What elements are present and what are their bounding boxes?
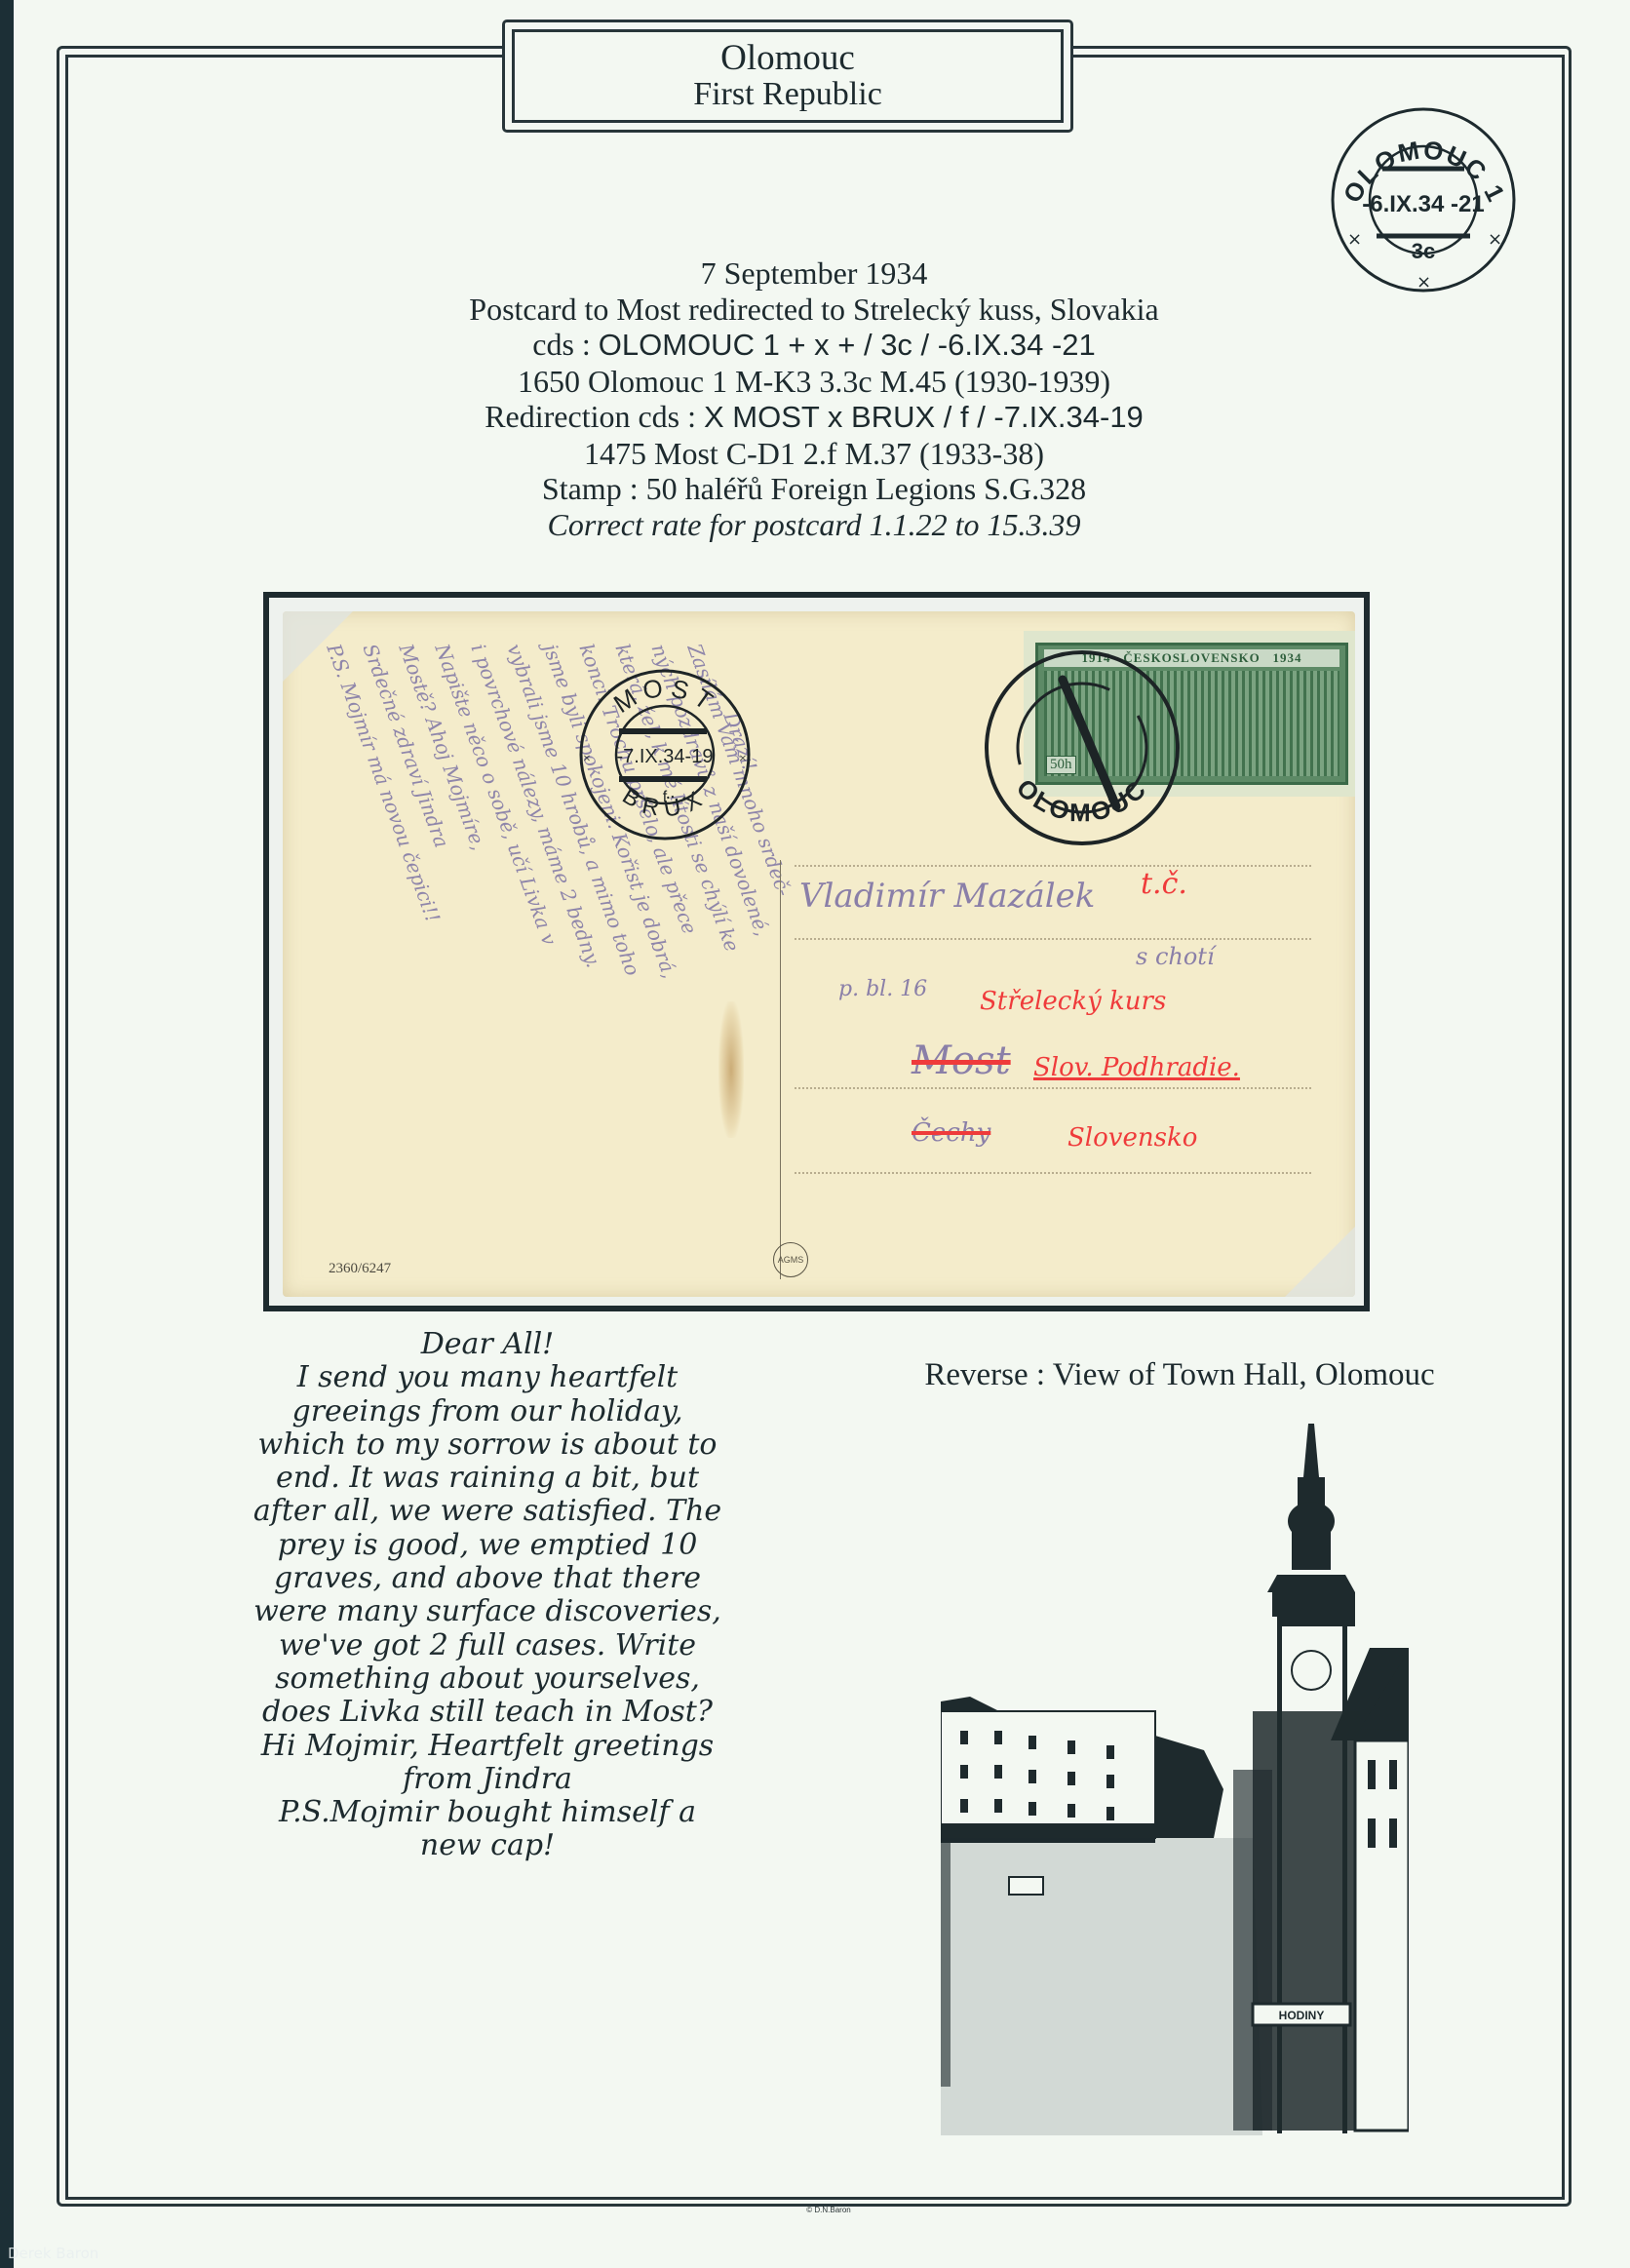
description-stamp: Stamp : 50 haléřů Foreign Legions S.G.32…: [292, 471, 1336, 507]
card-catalogue-number: 2360/6247: [329, 1261, 391, 1277]
description-date: 7 September 1934: [292, 255, 1336, 292]
copyright-notice: © D.N.Baron: [682, 2206, 975, 2214]
message-translation: Dear All!I send you many heartfeltgreein…: [195, 1328, 780, 1863]
redirect-city: Slov. Podhradie.: [1033, 1053, 1240, 1082]
cds-date-text: -6.IX.34 -21: [1362, 191, 1484, 217]
shop-sign-text: HODINY: [1279, 2009, 1325, 2022]
svg-text:×: ×: [583, 752, 591, 766]
cds-cross-icon: ×: [1417, 272, 1431, 293]
translation-line: we've got 2 full cases. Write: [195, 1629, 780, 1662]
redirect-country: Slovensko: [1067, 1123, 1197, 1153]
description-redirection-cds: Redirection cds : X MOST x BRUX / f / -7…: [292, 399, 1336, 436]
description-summary: Postcard to Most redirected to Strelecký…: [292, 292, 1336, 328]
foxing-stain: [718, 1001, 744, 1138]
svg-text:-7.IX.34-19: -7.IX.34-19: [617, 746, 714, 767]
item-description: 7 September 1934 Postcard to Most redire…: [292, 255, 1336, 542]
svg-text:×: ×: [739, 752, 747, 766]
scan-edge-strip: [0, 0, 14, 2268]
translation-line: prey is good, we emptied 10: [195, 1529, 780, 1562]
translation-line: I send you many heartfelt: [195, 1361, 780, 1394]
translation-line: new cap!: [195, 1829, 780, 1862]
address-line: [795, 865, 1311, 867]
translation-line: Hi Mojmir, Heartfelt greetings: [195, 1730, 780, 1763]
olomouc-cds-illustration: OLOMOUC 1 -6.IX.34 -21 3c × × ×: [1326, 102, 1521, 297]
cds-cross-icon: ×: [1347, 229, 1362, 250]
scanner-watermark: Derek Baron: [8, 2245, 98, 2262]
addressee-name: Vladimír Mazálek: [799, 877, 1095, 916]
translation-line: P.S.Mojmir bought himself a: [195, 1796, 780, 1829]
address-line: [795, 1087, 1311, 1089]
address-line: [795, 1172, 1311, 1174]
address-extra: s chotí: [1136, 943, 1215, 970]
description-cds: cds : OLOMOUC 1 + x + / 3c / -6.IX.34 -2…: [292, 327, 1336, 364]
publisher-logo-icon: AGMS: [773, 1242, 808, 1277]
address-line: [795, 938, 1311, 940]
reverse-caption: Reverse : View of Town Hall, Olomouc: [848, 1357, 1511, 1393]
translation-line: graves, and above that there: [195, 1562, 780, 1595]
translation-line: after all, we were satisfied. The: [195, 1495, 780, 1528]
struck-city: Most: [912, 1038, 1011, 1083]
postcard-front: Drazí!Zasílám Vám mnoho srdeč-ných pozdr…: [283, 611, 1355, 1297]
title-box: Olomouc First Republic: [502, 20, 1073, 133]
translation-line: does Livka still teach in Most?: [195, 1696, 780, 1729]
translation-line: from Jindra: [195, 1763, 780, 1796]
description-redirection-catalogue: 1475 Most C-D1 2.f M.37 (1933-38): [292, 436, 1336, 472]
postcard-mount: Drazí!Zasílám Vám mnoho srdeč-ných pozdr…: [263, 592, 1370, 1311]
struck-country: Čechy: [912, 1118, 990, 1148]
cds-cross-icon: ×: [1488, 229, 1502, 250]
page-subtitle: First Republic: [693, 77, 882, 112]
description-rate-note: Correct rate for postcard 1.1.22 to 15.3…: [292, 507, 1336, 543]
olomouc-postmark: OLOMOUC: [970, 641, 1194, 865]
svg-text:OLOMOUC: OLOMOUC: [1011, 773, 1153, 828]
redirect-note: t.č.: [1141, 867, 1187, 901]
translation-line: something about yourselves,: [195, 1662, 780, 1696]
description-cds-catalogue: 1650 Olomouc 1 M-K3 3.3c M.45 (1930-1939…: [292, 364, 1336, 400]
translation-line: greeings from our holiday,: [195, 1395, 780, 1428]
translation-line: end. It was raining a bit, but: [195, 1462, 780, 1495]
postcard-divider-line: [780, 860, 781, 1279]
page-title: Olomouc: [720, 40, 855, 77]
most-brux-postmark: MOST BRÜX -7.IX.34-19 f × ×: [575, 665, 756, 845]
mount-corner: [1285, 1227, 1355, 1297]
cds-code-text: 3c: [1412, 239, 1435, 263]
address-street: p. bl. 16: [838, 977, 927, 1001]
translation-line: which to my sorrow is about to: [195, 1428, 780, 1462]
redirect-address-line: Střelecký kurs: [980, 987, 1166, 1016]
town-hall-image: HODINY: [941, 1419, 1409, 2135]
translation-line: were many surface discoveries,: [195, 1595, 780, 1628]
translation-line: Dear All!: [195, 1328, 780, 1361]
svg-text:f: f: [663, 789, 668, 805]
